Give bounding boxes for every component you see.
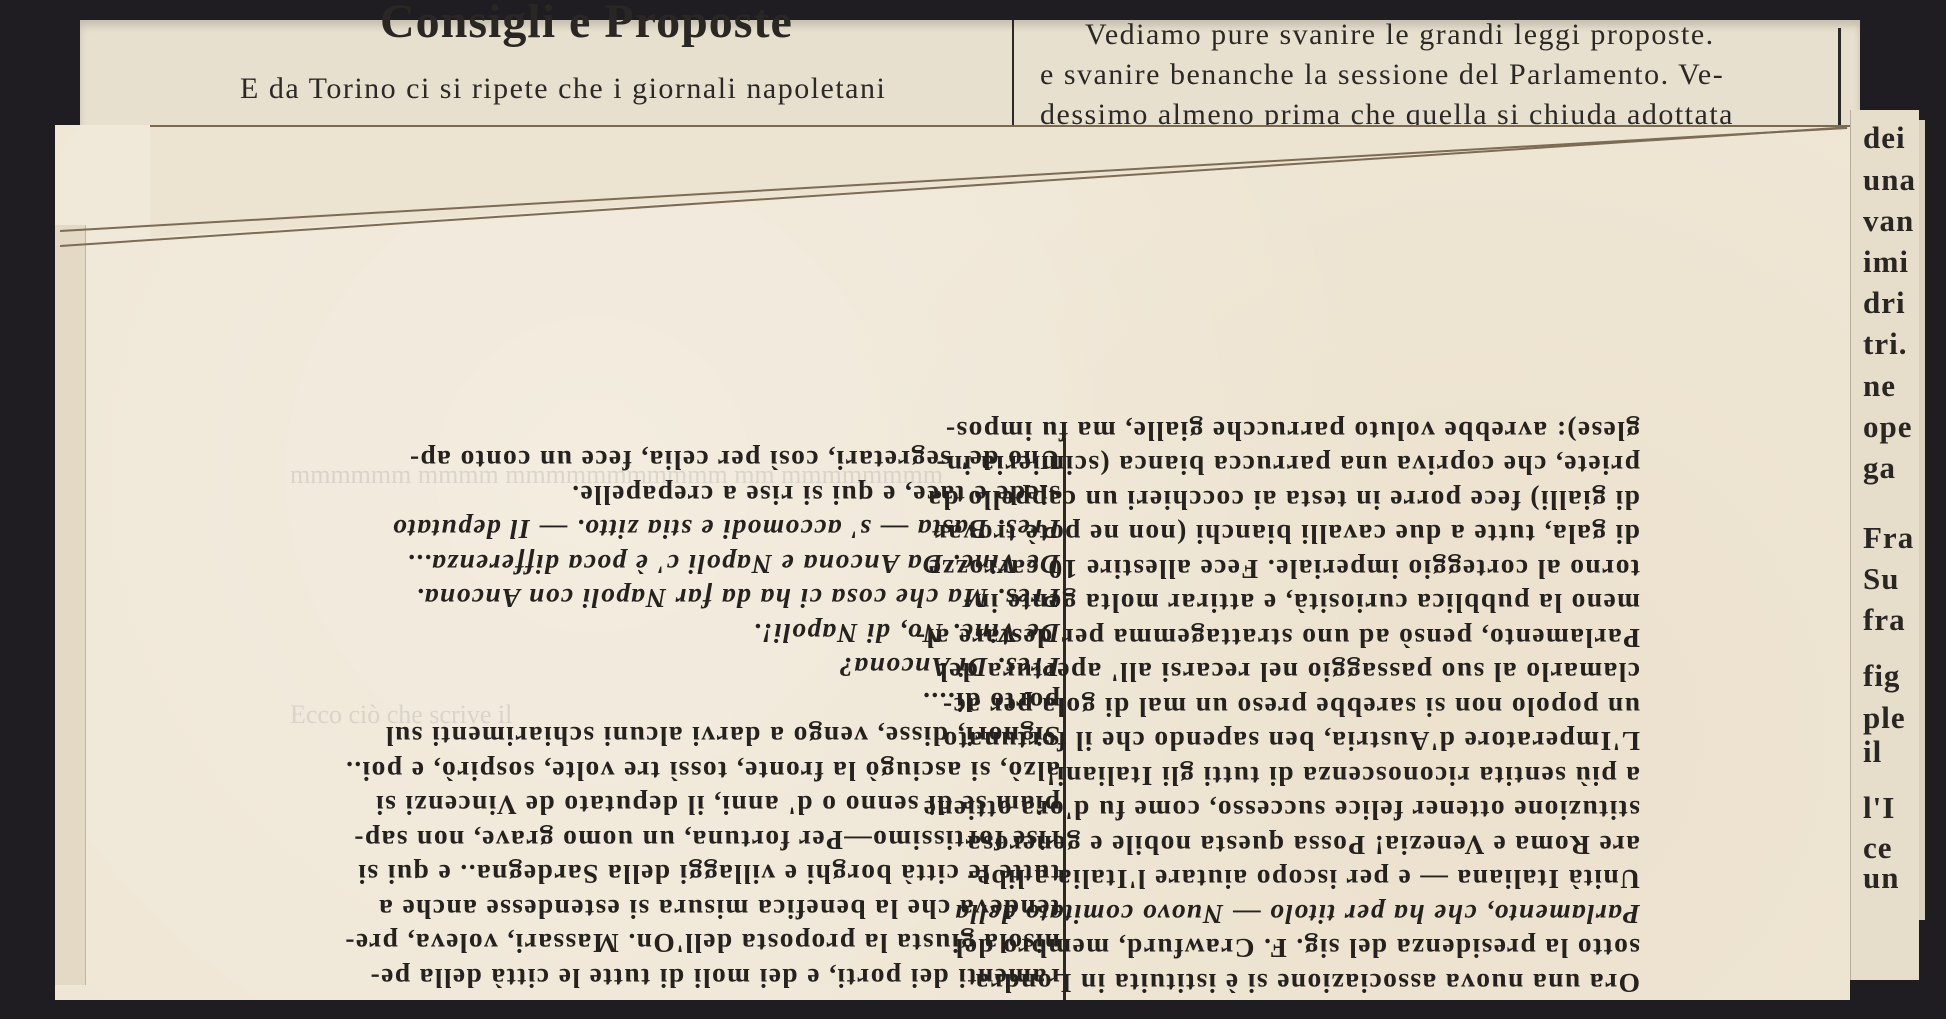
top-left-line: E da Torino ci si ripete che i giornali … (240, 72, 886, 106)
text-line: meno la pubblica curiosità, e attirar mo… (1095, 586, 1640, 621)
strip-fragment: il (1863, 734, 1882, 770)
strip-fragment: ga (1863, 450, 1896, 486)
text-line: L'Imperatore d'Austria, ben sapendo che … (1095, 724, 1640, 759)
text-line: a più sentita riconoscenza di tutti gli … (1095, 759, 1640, 794)
strip-fragment: ope (1863, 409, 1913, 445)
strip-fragment: van (1863, 203, 1914, 239)
text-line: Parlamento, che ha per titolo — Nuovo co… (1095, 897, 1640, 932)
text-line: stituzione ottener felice successo, come… (1095, 793, 1640, 828)
text-line: rise fortissimo—Per fortuna, un uomo gra… (270, 823, 1060, 858)
text-line: are Roma e Venezia! Possa questa nobile … (1095, 828, 1640, 863)
text-line: sotto la presidenza del sig. F. Crawfurd… (1095, 931, 1640, 966)
strip-fragment: Su (1863, 561, 1899, 597)
strip-fragment: Fra (1863, 520, 1914, 556)
strip-fragment: un (1863, 860, 1899, 896)
strip-fragment: fig (1863, 658, 1900, 694)
strip-fragment: l'I (1863, 790, 1895, 826)
strip-fragment: fra (1863, 602, 1906, 638)
text-line: tutte le città borghi e villaggi della S… (270, 857, 1060, 892)
strip-fragment: ple (1863, 700, 1906, 736)
text-line: alzò, si asciugò la fronte, tossì tre vo… (270, 754, 1060, 789)
upside-down-right-column: Ora una nuova associazione si è istituit… (1095, 430, 1640, 1000)
column-rule-top-right (1838, 28, 1841, 128)
section-heading: Consigli e Proposte (380, 0, 793, 49)
text-line: priete, che copriva una parrucca bianca … (1095, 448, 1640, 483)
top-right-line-2: e svanire benanche la sessione del Parla… (1040, 58, 1724, 92)
strip-fragment: una (1863, 162, 1916, 198)
text-line: ramenti dei porti, e dei moli di tutte l… (270, 961, 1060, 996)
text-line: nisola giusta la proposta dell'On. Massa… (270, 926, 1060, 961)
column-rule-top (1012, 20, 1014, 130)
top-newspaper-strip: Consigli e Proposte E da Torino ci si ri… (80, 20, 1860, 135)
left-folded-edge (55, 225, 86, 985)
text-line: clamarlo al suo passaggio nel recarsi al… (1095, 655, 1640, 690)
strip-fragment: ne (1863, 368, 1896, 404)
strip-fragment: dei (1863, 120, 1906, 156)
top-right-line-1: Vediamo pure svanire le grandi leggi pro… (1085, 18, 1715, 52)
text-line: glese): avrebbe voluto parrucche gialle,… (1095, 414, 1640, 449)
text-line: tendeva che la benefica misura si estend… (270, 892, 1060, 927)
text-line: un popolo non si sarebbe preso un mal di… (1095, 690, 1640, 725)
text-line: di gala, tutte a due cavalli bianchi (no… (1095, 517, 1640, 552)
text-line: Unità Italiana — e per iscopo aiutare l'… (1095, 862, 1640, 897)
text-line: di gialli) fece porre in testa ai cocchi… (1095, 483, 1640, 518)
text-line: Parlamento, pensò ad uno strattagemma pe… (1095, 621, 1640, 656)
strip-fragment: tri. (1863, 326, 1907, 362)
text-line: Pres. Ma che cosa ci ha da far Napoli co… (270, 581, 1060, 616)
text-line: torno al corteggio imperiale. Fece alles… (1095, 552, 1640, 587)
strip-fragment: imi (1863, 244, 1909, 280)
text-line: Ora una nuova associazione si è istituit… (1095, 966, 1640, 1001)
strip-fragment: dri (1863, 285, 1906, 321)
